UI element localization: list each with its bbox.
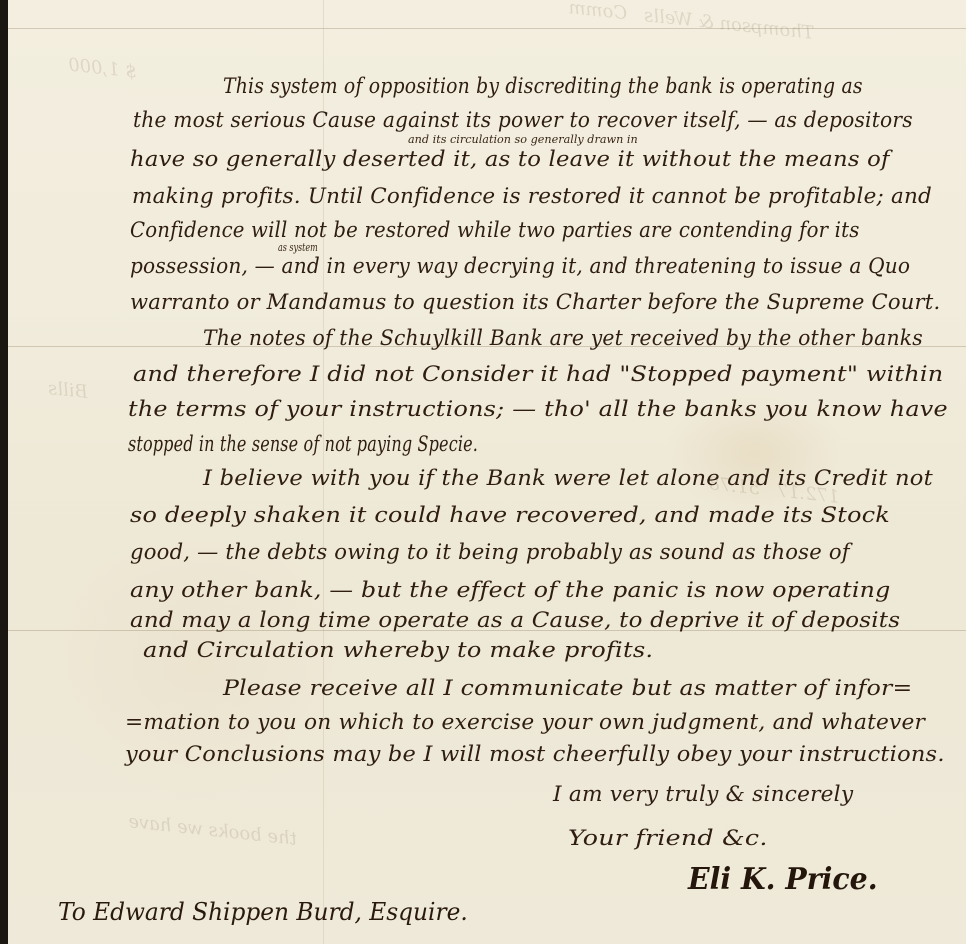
addressee: To Edward Shippen Burd, Esquire. [58,898,468,926]
letter-line: any other bank, — but the effect of the … [130,578,890,602]
letter-line: This system of opposition by discreditin… [223,74,863,98]
letter-line: Please receive all I communicate but as … [223,676,913,700]
bleed-through-text: Thompson & Wells Comm [568,0,815,44]
letter-line: your Conclusions may be I will most chee… [125,742,945,766]
letter-line: warranto or Mandamus to question its Cha… [130,290,940,314]
letter-line: possession, — and in every way decrying … [130,254,910,278]
letter-line: I believe with you if the Bank were let … [203,466,933,490]
bleed-through-text: the books we have [127,811,297,850]
closing-line: Your friend &c. [568,826,768,850]
letter-line: stopped in the sense of not paying Speci… [128,432,478,456]
letter-line: and may a long time operate as a Cause, … [130,608,900,632]
letter-line: =mation to you on which to exercise your… [125,710,925,734]
letter-line: the most serious Cause against its power… [133,108,913,132]
interlineation: and its circulation so generally drawn i… [408,133,638,146]
letter-line: have so generally deserted it, as to lea… [130,147,890,171]
bleed-through-text: Bills [47,378,89,403]
letter-line: and therefore I did not Consider it had … [133,362,943,386]
letter-line: making profits. Until Confidence is rest… [132,184,932,208]
letter-line: The notes of the Schuylkill Bank are yet… [203,326,923,350]
bleed-through-text: $ 1,000 [67,54,138,82]
letter-line: and Circulation whereby to make profits. [143,638,653,662]
fold-line [8,28,966,29]
letter-line: Confidence will not be restored while tw… [130,218,860,242]
letter-line: so deeply shaken it could have recovered… [130,503,890,527]
letter-line: the terms of your instructions; — tho' a… [128,397,948,421]
signature: Eli K. Price. [688,862,878,897]
letter-line: good, — the debts owing to it being prob… [130,540,850,564]
letter-sheet: Thompson & Wells Comm $ 1,000 Bills 172.… [8,0,966,944]
interlineation: as system [278,241,318,254]
closing-line: I am very truly & sincerely [553,782,853,806]
